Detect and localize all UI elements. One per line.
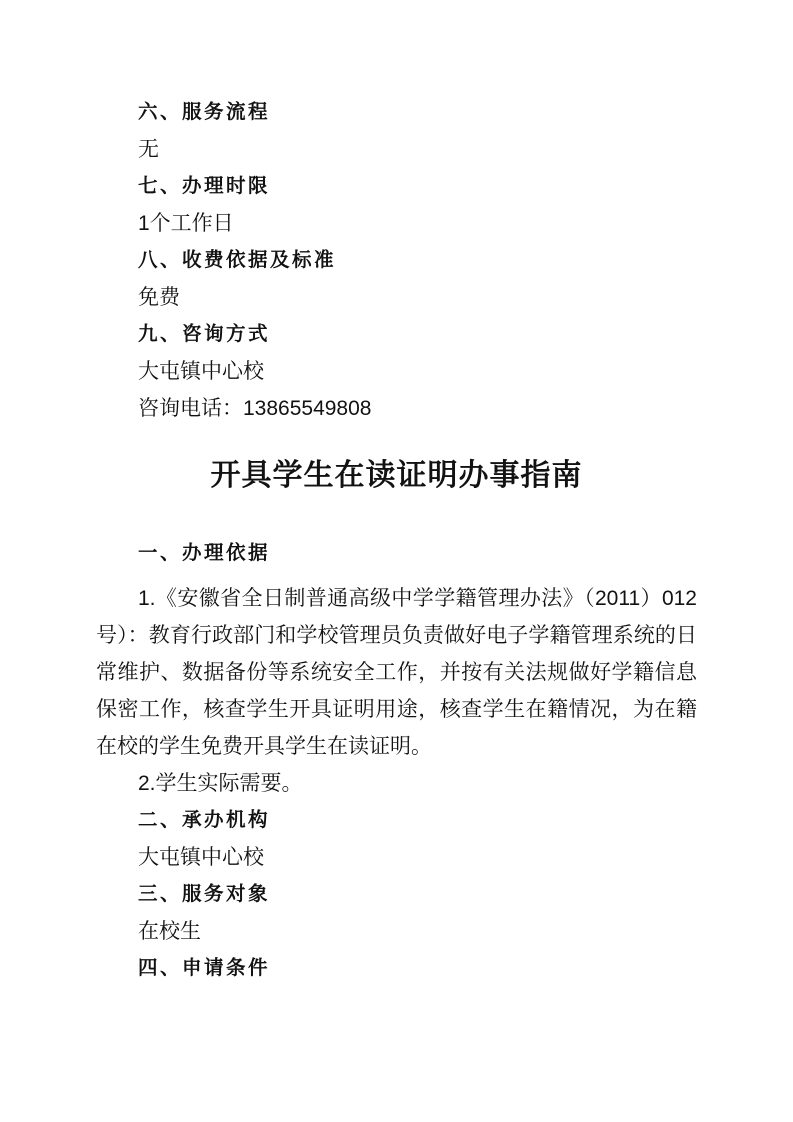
heading-service-flow: 六、服务流程 [96, 94, 697, 131]
paragraph-basis-1: 1.《安徽省全日制普通高级中学学籍管理办法》（2011）012号）：教育行政部门… [96, 580, 697, 765]
heading-fee-basis: 八、收费依据及标准 [96, 242, 697, 279]
value-processing-time: 1个工作日 [96, 205, 697, 242]
value-organization: 大屯镇中心校 [96, 839, 697, 876]
heading-service-target: 三、服务对象 [96, 876, 697, 913]
heading-basis: 一、办理依据 [96, 535, 697, 572]
value-consultation-org: 大屯镇中心校 [96, 353, 697, 390]
value-fee: 免费 [96, 279, 697, 316]
document-page: 六、服务流程 无 七、办理时限 1个工作日 八、收费依据及标准 免费 九、咨询方… [0, 0, 793, 1122]
paragraph-basis-2: 2.学生实际需要。 [96, 765, 697, 802]
value-service-flow: 无 [96, 131, 697, 168]
doc-title: 开具学生在读证明办事指南 [96, 453, 697, 499]
heading-application-conditions: 四、申请条件 [96, 950, 697, 987]
heading-processing-time: 七、办理时限 [96, 168, 697, 205]
value-service-target: 在校生 [96, 913, 697, 950]
heading-consultation: 九、咨询方式 [96, 316, 697, 353]
value-consultation-phone: 咨询电话：13865549808 [96, 390, 697, 427]
heading-organization: 二、承办机构 [96, 802, 697, 839]
